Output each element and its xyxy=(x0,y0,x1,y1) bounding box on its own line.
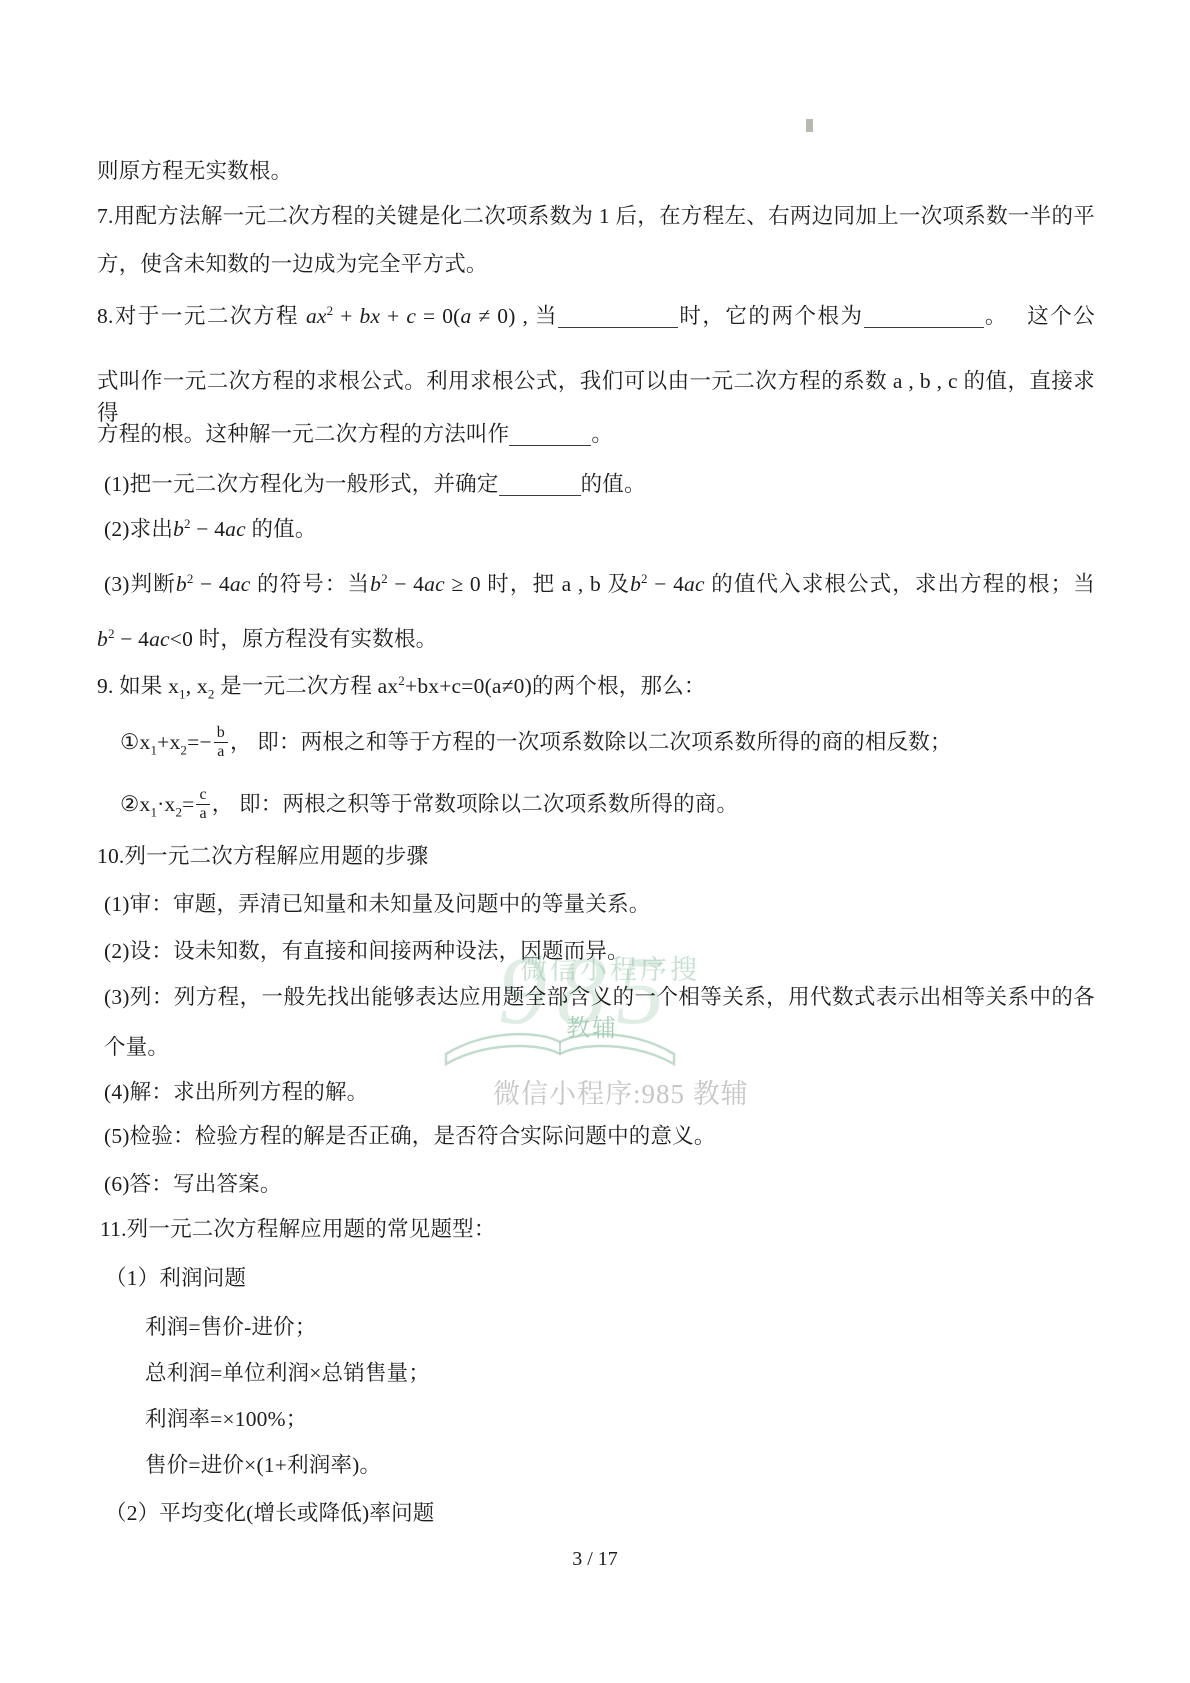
watermark-caption: 微信小程序:985 教辅 xyxy=(493,1072,749,1111)
item-9-product-of-roots: ②x1·x2=ca， 即：两根之积等于常数项除以二次项系数所得的商。 xyxy=(120,788,738,824)
spacer xyxy=(1008,322,1026,323)
line-no-real-root: 则原方程无实数根。 xyxy=(97,155,292,187)
profit-formula-1: 利润=售价-进价； xyxy=(145,1311,317,1343)
fill-in-blank xyxy=(864,306,984,329)
fraction: ca xyxy=(196,786,209,822)
item-11-type-1: （1）利润问题 xyxy=(105,1262,246,1294)
item-10-step-5: (5)检验：检验方程的解是否正确，是否符合实际问题中的意义。 xyxy=(104,1120,716,1152)
item-11-heading: 11.列一元二次方程解应用题的常见题型： xyxy=(100,1213,496,1245)
item-9-sum-of-roots: ①x1+x2=−ba， 即：两根之和等于方程的一次项系数除以二次项系数所得的商的… xyxy=(120,726,952,762)
fraction: ba xyxy=(214,724,228,760)
watermark-open-book-icon xyxy=(440,1022,680,1079)
item-10-step-3-line-2: 个量。 xyxy=(104,1031,169,1063)
item-8-step-3-line-1: (3)判断b2 − 4ac 的符号：当b2 − 4ac ≥ 0 时，把 a , … xyxy=(104,568,1095,600)
profit-formula-2: 总利润=单位利润×总销售量； xyxy=(145,1357,430,1389)
item-10-step-2: (2)设：设未知数，有直接和间接两种设法，因题而异。 xyxy=(104,935,629,967)
item-8-line-1: 8.对于一元二次方程 ax2 + bx + c = 0(a ≠ 0) , 当时，… xyxy=(97,300,1095,332)
item-8-step-1: (1)把一元二次方程化为一般形式，并确定的值。 xyxy=(104,468,646,500)
watermark-brand-text: 教辅 xyxy=(566,1008,618,1043)
fill-in-blank xyxy=(509,424,591,447)
item-11-type-2: （2）平均变化(增长或降低)率问题 xyxy=(105,1497,434,1529)
item-8-step-3-line-2: b2 − 4ac<0 时，原方程没有实数根。 xyxy=(97,623,437,655)
profit-formula-4: 售价=进价×(1+利润率)。 xyxy=(145,1449,381,1481)
item-10-step-1: (1)审：审题，弄清已知量和未知量及问题中的等量关系。 xyxy=(104,888,650,920)
item-10-step-6: (6)答：写出答案。 xyxy=(104,1168,282,1200)
item-9: 9. 如果 x1, x2 是一元二次方程 ax2+bx+c=0(a≠0)的两个根… xyxy=(97,670,706,702)
item-10-step-3-line-1: (3)列：列方程，一般先找出能够表达应用题全部含义的一个相等关系，用代数式表示出… xyxy=(104,981,1095,1013)
item-10-step-4: (4)解：求出所列方程的解。 xyxy=(104,1076,368,1108)
profit-formula-3: 利润率=×100%； xyxy=(145,1403,307,1435)
item-8-step-2: (2)求出b2 − 4ac 的值。 xyxy=(104,513,317,545)
document-page: 985 微信小程序搜 教辅 微信小程序:985 教辅 则原方程无实数根。7.用配… xyxy=(0,0,1190,1683)
item-8-line-3: 方程的根。这种解一元二次方程的方法叫作。 xyxy=(97,418,613,450)
item-7-line-2: 方，使含未知数的一边成为完全平方式。 xyxy=(97,248,488,280)
page-number: 3 / 17 xyxy=(0,1548,1190,1571)
fill-in-blank xyxy=(499,474,581,497)
item-7-line-1: 7.用配方法解一元二次方程的关键是化二次项系数为 1 后，在方程左、右两边同加上… xyxy=(97,200,1095,232)
item-10-heading: 10.列一元二次方程解应用题的步骤 xyxy=(97,840,428,872)
scan-artifact xyxy=(806,119,813,132)
fill-in-blank xyxy=(558,306,678,329)
